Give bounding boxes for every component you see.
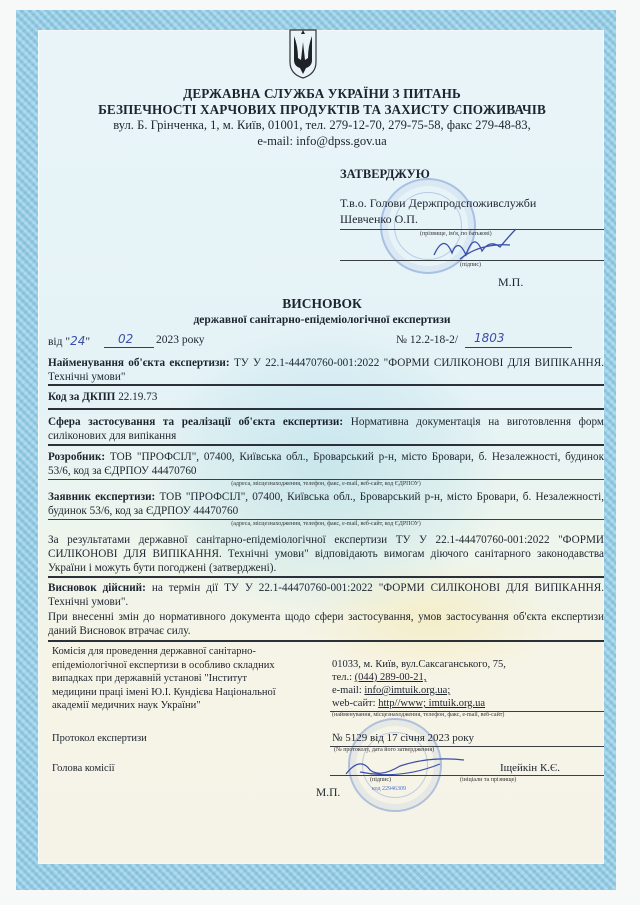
org-address: вул. Б. Грінченка, 1, м. Київ, 01001, те… [40, 118, 604, 133]
commission-name: Комісія для проведення державної санітар… [52, 645, 294, 713]
validity-field: Висновок дійсний: на термін дії ТУ У 22.… [48, 581, 604, 609]
stamp-code: код 22946309 [372, 786, 406, 792]
commission-contacts-caption: (найменування, місцезнаходження, телефон… [332, 712, 504, 718]
date-year: 2023 року [156, 334, 205, 346]
divider [48, 444, 604, 446]
commission-phone: тел.: (044) 289-00-21, [332, 671, 426, 685]
date-month: 02 [118, 332, 133, 346]
date-prefix: від "24" [48, 334, 90, 348]
commission-email: e-mail: info@imtuik.org.ua; [332, 684, 450, 698]
chair-name-caption: (ініціали та прізвище) [460, 777, 516, 783]
trident-coat-of-arms-icon [288, 28, 318, 80]
approval-name: Шевченко О.П. [340, 212, 418, 227]
document-number-prefix: № 12.2-18-2/ [396, 334, 458, 346]
protocol-value: № 5129 від 17 січня 2023 року [332, 732, 474, 746]
document-number-line [465, 347, 572, 348]
commission-seal-label: М.П. [316, 787, 340, 799]
developer-caption: (адреса, місцезнаходження, телефон, факс… [48, 481, 604, 487]
divider [48, 408, 604, 410]
divider [48, 384, 604, 386]
approval-position: Т.в.о. Голови Держпродспоживслужби [340, 196, 536, 211]
org-name-line2: БЕЗПЕЧНОСТІ ХАРЧОВИХ ПРОДУКТІВ ТА ЗАХИСТ… [40, 102, 604, 118]
commission-address: 01033, м. Київ, вул.Саксаганського, 75, [332, 658, 506, 672]
divider [48, 576, 604, 578]
document-title: ВИСНОВОК [40, 296, 604, 312]
protocol-label: Протокол експертизи [52, 732, 147, 746]
note-text: При внесенні змін до нормативного докуме… [48, 610, 604, 638]
document-number: 1803 [474, 331, 505, 345]
commission-web: web-сайт: http//www; imtuik.org.ua [332, 697, 485, 711]
divider [48, 640, 604, 642]
applicant-caption: (адреса, місцезнаходження, телефон, факс… [48, 521, 604, 527]
result-text: За результатами державної санітарно-епід… [48, 533, 604, 575]
org-email: e-mail: info@dpss.gov.ua [40, 134, 604, 149]
document-subtitle: державної санітарно-епідеміологічної екс… [40, 314, 604, 326]
dkpp-field: Код за ДКПП 22.19.73 [48, 390, 604, 404]
divider [48, 479, 604, 480]
chair-label: Голова комісії [52, 762, 115, 776]
divider [48, 519, 604, 520]
divider [330, 775, 604, 776]
object-field: Найменування об'єкта експертизи: ТУ У 22… [48, 356, 604, 384]
approval-seal-label: М.П. [498, 275, 523, 290]
approval-title: ЗАТВЕРДЖУЮ [340, 167, 430, 182]
approval-signature-caption: (підпис) [460, 262, 481, 268]
commission-email-link[interactable]: info@imtuik.org.ua; [364, 685, 450, 696]
scope-field: Сфера застосування та реалізації об'єкта… [48, 415, 604, 443]
developer-field: Розробник: ТОВ "ПРОФСІЛ", 07400, Київськ… [48, 450, 604, 478]
date-month-line [104, 347, 154, 348]
commission-web-link[interactable]: http//www; imtuik.org.ua [378, 698, 485, 709]
date-day: 24 [70, 334, 85, 348]
signature-approval [430, 225, 520, 265]
org-name-line1: ДЕРЖАВНА СЛУЖБА УКРАЇНИ З ПИТАНЬ [40, 86, 604, 102]
applicant-field: Заявник експертизи: ТОВ "ПРОФСІЛ", 07400… [48, 490, 604, 518]
chair-signature-caption: (підпис) [370, 777, 391, 783]
approval-signature-line [340, 260, 604, 261]
chair-name: Іщейкін К.Є. [500, 762, 560, 776]
